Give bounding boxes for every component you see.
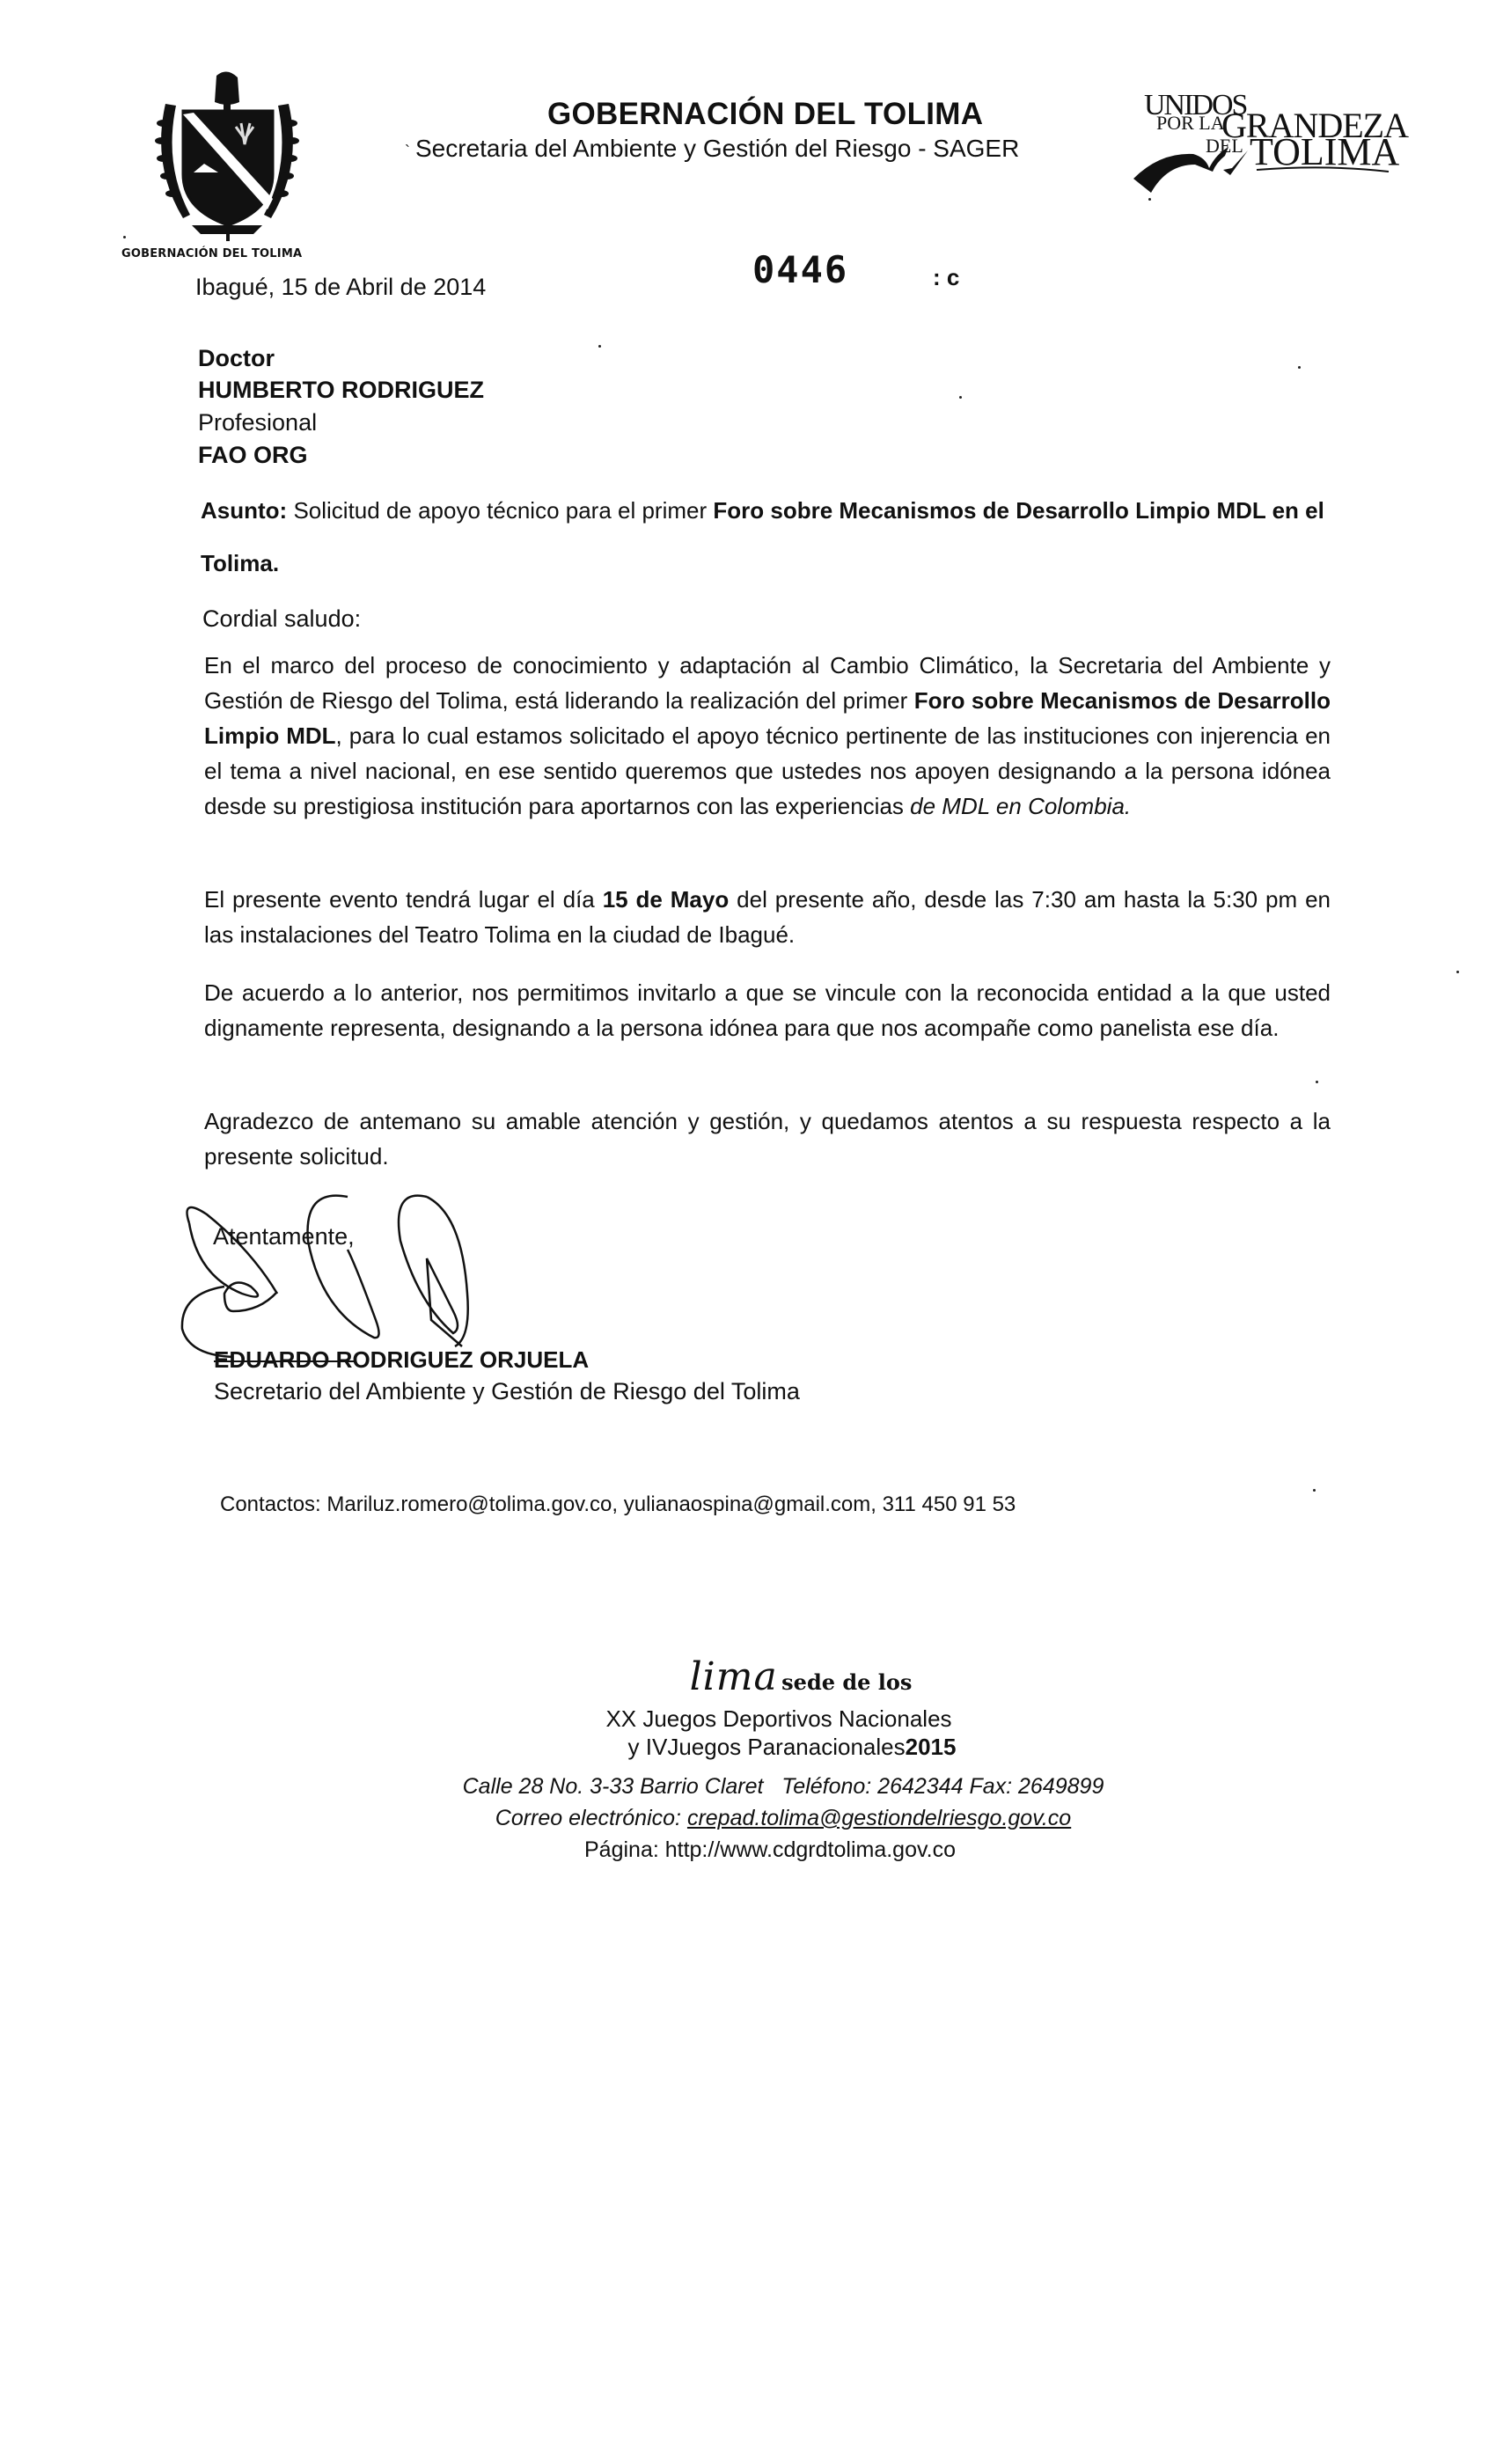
emblem-label: GOBERNACIÓN DEL TOLIMA [121,247,302,260]
header-subtitle: `Secretaria del Ambiente y Gestión del R… [405,136,1019,161]
header-subtitle-text: Secretaria del Ambiente y Gestión del Ri… [415,135,1019,162]
header-title: GOBERNACIÓN DEL TOLIMA [547,99,983,129]
p1-italic: de MDL en Colombia. [910,793,1131,819]
footer-games-script: lima [690,1654,778,1699]
paragraph-3: De acuerdo a lo anterior, nos permitimos… [204,975,1331,1045]
coat-of-arms-icon [148,69,306,245]
scan-speck [1456,971,1459,973]
scan-speck [959,396,962,399]
p4-text: Agradezco de antemano su amable atención… [204,1104,1331,1174]
footer-games-heading: lima sede de los [53,1654,1496,1699]
filing-number: 0446 [752,248,848,291]
scan-speck [1316,1081,1318,1083]
p2-text-a: El presente evento tendrá lugar el día [204,886,595,913]
signer-title: Secretario del Ambiente y Gestión de Rie… [214,1380,800,1404]
logo-por-la: POR LA [1156,114,1225,133]
logo-tolima: TOLIMA [1250,133,1399,172]
p1-text-b: , para lo cual estamos solicitado el apo… [204,722,1331,819]
footer-games-line2-text: y IVJuegos Paranacionales [628,1734,906,1760]
filing-mark: : c [933,264,959,291]
scan-speck [1313,1489,1316,1492]
paragraph-4: Agradezco de antemano su amable atención… [204,1104,1331,1174]
footer-games-line2: y IVJuegos Paranacionales2015 [44,1735,1496,1758]
contacts-line: Contactos: Mariluz.romero@tolima.gov.co,… [220,1494,1016,1515]
p3-text: De acuerdo a lo anterior, nos permitimos… [204,975,1331,1045]
logo-del: DEL [1206,136,1243,156]
footer-address: Calle 28 No. 3-33 Barrio Claret [463,1774,764,1799]
paragraph-1: En el marco del proceso de conocimiento … [204,648,1331,824]
footer-email-label: Correo electrónico: [495,1806,681,1830]
greeting: Cordial saludo: [202,607,361,631]
footer-address-line: Calle 28 No. 3-33 Barrio Claret Teléfono… [35,1776,1496,1798]
scan-speck [123,236,126,238]
footer-website[interactable]: Página: http://www.cdgrdtolima.gov.co [22,1839,1496,1861]
scan-speck [1298,366,1301,369]
recipient-title: Doctor [198,347,275,370]
slogan-logo: UNIDOS POR LA GRANDEZA DEL TOLIMA [1125,84,1415,216]
recipient-position: Profesional [198,411,317,435]
place-date: Ibagué, 15 de Abril de 2014 [195,275,486,299]
footer-email-link[interactable]: crepad.tolima@gestiondelriesgo.gov.co [687,1806,1071,1830]
paragraph-2: El presente evento tendrá lugar el día 1… [204,882,1331,952]
footer-phone-fax: Teléfono: 2642344 Fax: 2649899 [781,1774,1104,1799]
recipient-name: HUMBERTO RODRIGUEZ [198,378,484,402]
footer-games-tail: sede de los [781,1669,912,1695]
signer-name: EDUARDO RODRIGUEZ ORJUELA [214,1348,589,1371]
p2-bold: 15 de Mayo [603,886,730,913]
footer-email-line: Correo electrónico: crepad.tolima@gestio… [35,1808,1496,1830]
scan-speck [598,345,601,348]
subject-text: Solicitud de apoyo técnico para el prime… [293,497,707,524]
footer-games-line1: XX Juegos Deportivos Nacionales [31,1707,1496,1730]
scan-speck [1148,198,1151,201]
signature-strike [214,1360,355,1362]
subject-label: Asunto: [201,497,287,524]
footer-games-year: 2015 [906,1734,957,1760]
recipient-organization: FAO ORG [198,444,308,467]
subject-line: Asunto: Solicitud de apoyo técnico para … [201,484,1327,590]
signature-icon [172,1188,576,1364]
